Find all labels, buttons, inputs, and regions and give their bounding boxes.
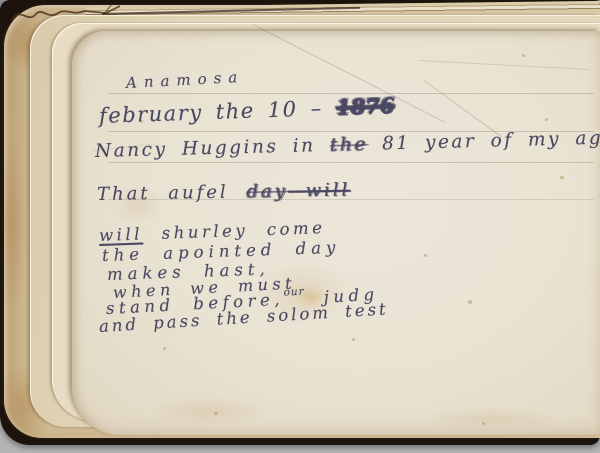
stain (420, 408, 560, 430)
foxing-speck (163, 347, 166, 350)
stain (150, 398, 270, 424)
phrase-text: That aufel (97, 181, 247, 205)
handwriting-phrase-line: That aufel day will (97, 180, 351, 205)
overwritten-word: day (246, 181, 288, 203)
scratched-year: 1876 (335, 93, 394, 120)
album-scan: Anamosa february the 10 – 1876 Nancy Hug… (0, 0, 600, 453)
foxing-speck (545, 118, 548, 121)
foxing-speck (482, 422, 485, 425)
ink-scribble-icon (8, 0, 128, 30)
foxing-speck (424, 254, 427, 257)
inserted-word: our (283, 286, 305, 299)
foxing-speck (522, 54, 525, 57)
foxing-speck (468, 300, 472, 304)
overwritten-word: the (330, 134, 368, 156)
foxing-speck (214, 412, 218, 415)
struck-word: will (288, 180, 351, 202)
foxing-speck (352, 338, 355, 341)
foxing-speck (560, 176, 564, 179)
ruled-line (108, 162, 594, 163)
underlined-word: will (99, 224, 144, 245)
